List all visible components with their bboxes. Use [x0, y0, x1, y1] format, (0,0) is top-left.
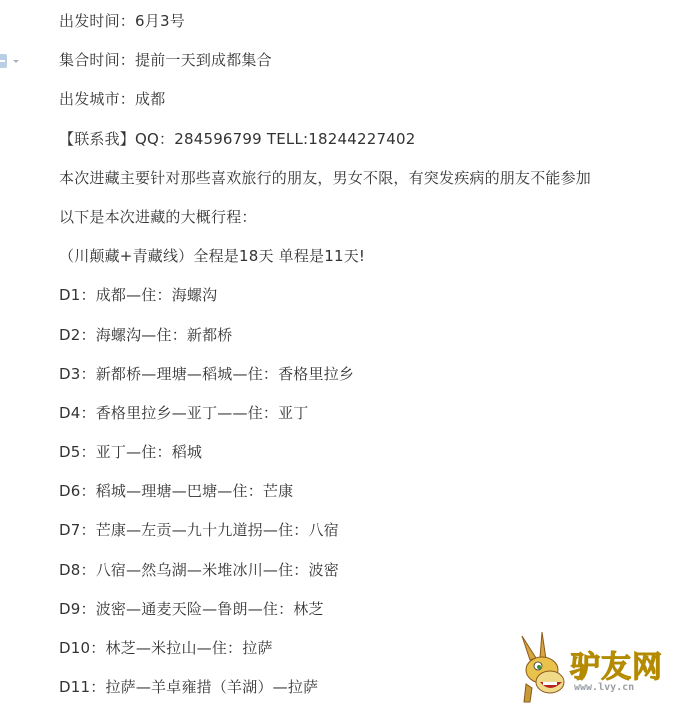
- day-label: D8: [59, 561, 81, 579]
- day-label: D5: [59, 443, 81, 461]
- logo-url: www.lvy.cn: [574, 682, 634, 693]
- caret-down-icon[interactable]: [13, 60, 19, 63]
- day-route: ：海螺沟—住：新都桥: [81, 326, 233, 344]
- post-content: 出发时间：6月3号 集合时间：提前一天到成都集合 出发城市：成都 【联系我】QQ…: [59, 10, 659, 708]
- itinerary-item: D1：成都—住：海螺沟: [59, 284, 659, 323]
- day-label: D10: [59, 639, 90, 657]
- day-label: D9: [59, 600, 81, 618]
- day-route: ：八宿—然乌湖—米堆冰川—住：波密: [81, 561, 339, 579]
- donkey-mascot-icon: [512, 632, 572, 704]
- day-label: D1: [59, 286, 81, 304]
- day-label: D2: [59, 326, 81, 344]
- itinerary-heading: 以下是本次进藏的大概行程：: [59, 206, 659, 245]
- departure-time-value: 6月3号: [135, 12, 185, 30]
- day-route: ：林芝—米拉山—住：拉萨: [90, 639, 272, 657]
- itinerary-item: D8：八宿—然乌湖—米堆冰川—住：波密: [59, 559, 659, 598]
- itinerary-item: D2：海螺沟—住：新都桥: [59, 324, 659, 363]
- meeting-time-value: 提前一天到成都集合: [135, 51, 272, 69]
- day-route: ：波密—通麦天险—鲁朗—住：林芝: [81, 600, 324, 618]
- day-label: D6: [59, 482, 81, 500]
- day-route: ：新都桥—理塘—稻城—住：香格里拉乡: [81, 365, 355, 383]
- document-icon[interactable]: [0, 54, 7, 68]
- day-label: D7: [59, 521, 81, 539]
- departure-time-line: 出发时间：6月3号: [59, 10, 659, 49]
- itinerary-item: D4：香格里拉乡—亚丁——住：亚丁: [59, 402, 659, 441]
- day-route: ：拉萨—羊卓雍措（羊湖）—拉萨: [90, 678, 318, 696]
- side-toolbar[interactable]: [0, 52, 30, 70]
- meeting-time-line: 集合时间：提前一天到成都集合: [59, 49, 659, 88]
- itinerary-item: D7：芒康—左贡—九十九道拐—住：八宿: [59, 519, 659, 558]
- day-route: ：芒康—左贡—九十九道拐—住：八宿: [81, 521, 339, 539]
- route-summary: （川颠藏+青藏线）全程是18天 单程是11天!: [59, 245, 659, 284]
- day-label: D11: [59, 678, 90, 696]
- logo-wordmark: 驴友网: [570, 642, 663, 686]
- departure-city-label: 出发城市：: [59, 90, 135, 108]
- watermark-logo: 驴友网 www.lvy.cn: [512, 632, 677, 704]
- day-label: D3: [59, 365, 81, 383]
- contact-line: 【联系我】QQ：284596799 TELL:18244227402: [59, 128, 659, 167]
- itinerary-item: D3：新都桥—理塘—稻城—住：香格里拉乡: [59, 363, 659, 402]
- itinerary-item: D5：亚丁—住：稻城: [59, 441, 659, 480]
- meeting-time-label: 集合时间：: [59, 51, 135, 69]
- itinerary-item: D6：稻城—理塘—巴塘—住：芒康: [59, 480, 659, 519]
- day-route: ：稻城—理塘—巴塘—住：芒康: [81, 482, 294, 500]
- departure-city-line: 出发城市：成都: [59, 88, 659, 127]
- day-route: ：成都—住：海螺沟: [81, 286, 218, 304]
- day-label: D4: [59, 404, 81, 422]
- day-route: ：香格里拉乡—亚丁——住：亚丁: [81, 404, 309, 422]
- departure-time-label: 出发时间：: [59, 12, 135, 30]
- departure-city-value: 成都: [135, 90, 165, 108]
- day-route: ：亚丁—住：稻城: [81, 443, 203, 461]
- intro-text: 本次进藏主要针对那些喜欢旅行的朋友，男女不限，有突发疾病的朋友不能参加: [59, 167, 659, 206]
